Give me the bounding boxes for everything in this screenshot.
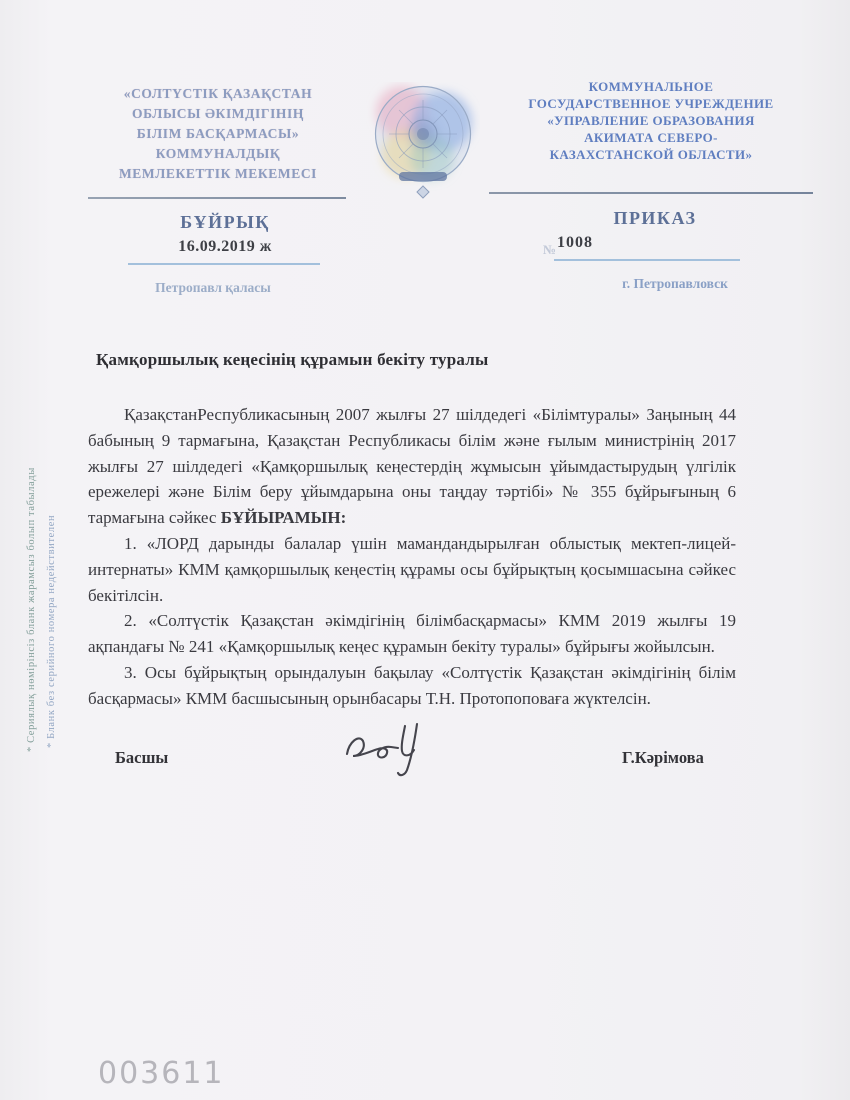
order-label-russian: ПРИКАЗ — [560, 208, 750, 229]
number-underline — [554, 259, 740, 261]
margin-note-kazakh: * Сериялық нөмірінсіз бланк жарамсыз бол… — [26, 467, 37, 752]
signer-name: Г.Кәрімова — [622, 748, 704, 768]
org-kk-line: ОБЛЫСЫ ӘКІМДІГІНІҢ — [88, 104, 348, 124]
org-name-russian: КОММУНАЛЬНОЕ ГОСУДАРСТВЕННОЕ УЧРЕЖДЕНИЕ … — [488, 78, 814, 163]
number-sign: № — [543, 242, 556, 258]
order-number: 1008 — [557, 234, 593, 252]
org-ru-line: КАЗАХСТАНСКОЙ ОБЛАСТИ» — [488, 146, 814, 163]
city-kazakh: Петропавл қаласы — [118, 280, 308, 296]
kazakhstan-emblem-icon — [366, 82, 480, 202]
org-ru-line: ГОСУДАРСТВЕННОЕ УЧРЕЖДЕНИЕ — [488, 95, 814, 112]
preamble-text: ҚазақстанРеспубликасының 2007 жылғы 27 ш… — [88, 405, 736, 527]
document-title: Қамқоршылық кеңесінің құрамын бекіту тур… — [96, 350, 696, 370]
document-body: ҚазақстанРеспубликасының 2007 жылғы 27 ш… — [88, 402, 736, 712]
org-name-kazakh: «СОЛТҮСТІК ҚАЗАҚСТАН ОБЛЫСЫ ӘКІМДІГІНІҢ … — [88, 84, 348, 184]
signer-position: Басшы — [115, 748, 168, 768]
preamble-resolve-word: БҰЙЫРАМЫН: — [221, 508, 347, 527]
org-kk-line: БІЛІМ БАСҚАРМАСЫ» — [88, 124, 348, 144]
org-kk-line: МЕМЛЕКЕТТІК МЕКЕМЕСІ — [88, 164, 348, 184]
org-kk-line: КОММУНАЛДЫҚ — [88, 144, 348, 164]
preamble-paragraph: ҚазақстанРеспубликасының 2007 жылғы 27 ш… — [88, 402, 736, 531]
header-divider-left — [88, 197, 346, 199]
order-date: 16.09.2019 ж — [130, 238, 320, 256]
order-item-1: 1. «ЛОРД дарынды балалар үшін маманданды… — [88, 531, 736, 608]
order-item-3: 3. Осы бұйрықтың орындалуын бақылау «Сол… — [88, 660, 736, 712]
margin-note-russian: * Бланк без серийного номера недействите… — [46, 515, 57, 748]
scanned-order-document: «СОЛТҮСТІК ҚАЗАҚСТАН ОБЛЫСЫ ӘКІМДІГІНІҢ … — [0, 0, 850, 1100]
blank-serial-number: 003611 — [98, 1056, 225, 1091]
order-item-2: 2. «Солтүстік Қазақстан әкімдігінің білі… — [88, 608, 736, 660]
order-label-kazakh: БҰЙРЫҚ — [130, 212, 320, 233]
date-underline — [128, 263, 320, 265]
org-ru-line: КОММУНАЛЬНОЕ — [488, 78, 814, 95]
city-russian: г. Петропавловск — [580, 276, 770, 292]
header-divider-right — [489, 192, 813, 194]
org-kk-line: «СОЛТҮСТІК ҚАЗАҚСТАН — [88, 84, 348, 104]
handwritten-signature — [335, 712, 455, 782]
org-ru-line: АКИМАТА СЕВЕРО- — [488, 129, 814, 146]
org-ru-line: «УПРАВЛЕНИЕ ОБРАЗОВАНИЯ — [488, 112, 814, 129]
